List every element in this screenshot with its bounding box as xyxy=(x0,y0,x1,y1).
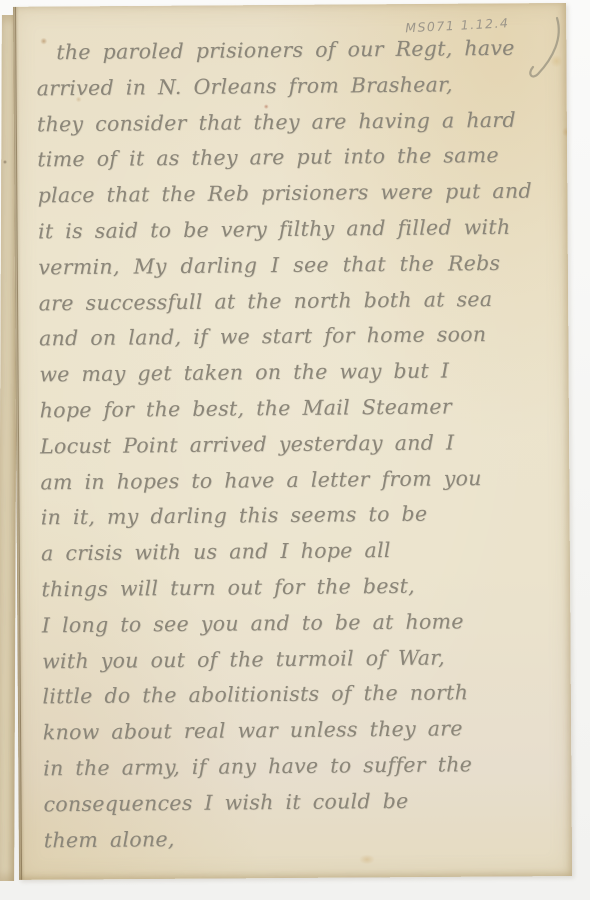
foxing-spot xyxy=(40,38,47,45)
letter-line: little do the abolitionists of the north xyxy=(42,675,561,716)
letter-line: with you out of the turmoil of War, xyxy=(42,639,561,680)
letter-line: Locust Point arrived yesterday and I xyxy=(40,424,559,465)
letter-line: them alone, xyxy=(44,818,563,859)
letter-line: know about real war unless they are xyxy=(43,711,562,752)
letter-line: they consider that they are having a har… xyxy=(37,102,556,143)
foxing-spot xyxy=(264,104,269,109)
foxing-spot xyxy=(76,96,82,102)
letter-line: hope for the best, the Mail Steamer xyxy=(40,388,559,429)
letter-line: in it, my darling this seems to be xyxy=(41,496,560,537)
letter-line: consequences I wish it could be xyxy=(43,782,562,823)
letter-line: place that the Reb prisioners were put a… xyxy=(38,174,557,215)
letter-line: a crisis with us and I hope all xyxy=(41,532,560,573)
foxing-spot xyxy=(3,160,7,164)
letter-line: are successfull at the north both at sea xyxy=(39,281,558,322)
letter-line: am in hopes to have a letter from you xyxy=(40,460,559,501)
letter-line: in the army, if any have to suffer the xyxy=(43,746,562,787)
foxing-spot xyxy=(549,55,563,67)
letter-sheet: MS071 1.12.4 the paroled prisioners of o… xyxy=(13,3,572,880)
letter-line: I long to see you and to be at home xyxy=(42,603,561,644)
letter-line: vermin, My darling I see that the Rebs xyxy=(38,245,557,286)
scanned-letter-page: MS071 1.12.4 the paroled prisioners of o… xyxy=(0,0,590,900)
foxing-spot xyxy=(562,127,572,137)
letter-line: things will turn out for the best, xyxy=(41,567,560,608)
letter-line: time of it as they are put into the same xyxy=(37,138,556,179)
letter-line: the paroled prisioners of our Regt, have xyxy=(36,30,555,71)
foxing-spot xyxy=(359,854,375,864)
letter-line: and on land, if we start for home soon xyxy=(39,317,558,358)
letter-line: it is said to be very filthy and filled … xyxy=(38,209,557,250)
letter-body: the paroled prisioners of our Regt, have… xyxy=(36,30,563,858)
letter-line: we may get taken on the way but I xyxy=(39,353,558,394)
letter-line: arrived in N. Orleans from Brashear, xyxy=(36,66,555,107)
